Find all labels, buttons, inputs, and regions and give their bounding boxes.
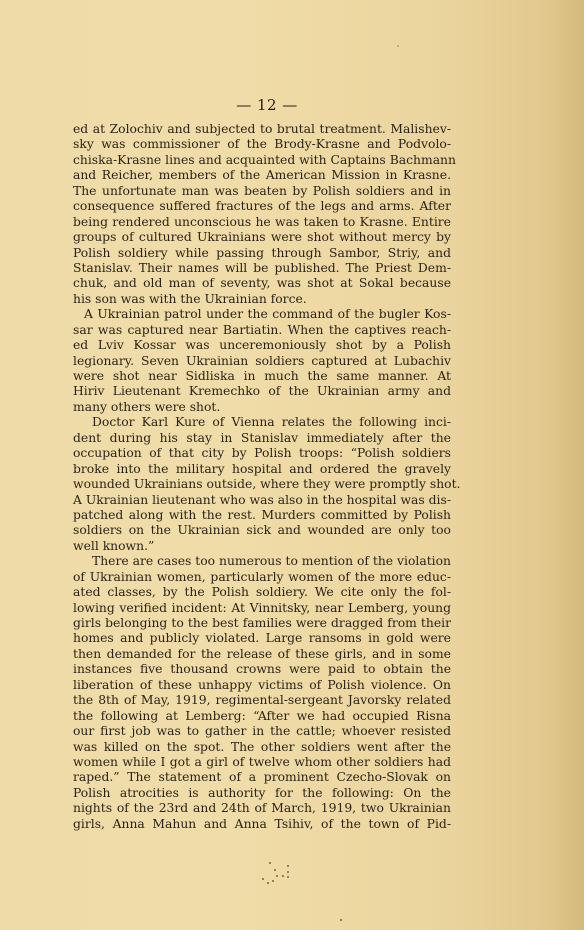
text-line: ed Lviv Kossar was unceremoniously shot …	[73, 338, 451, 353]
text-line: women while I got a girl of twelve whom …	[73, 755, 451, 770]
paragraph-2: A Ukrainian patrol under the command of …	[73, 307, 451, 415]
speck	[287, 876, 289, 878]
text-line: girls, Anna Mahun and Anna Tsihiv, of th…	[73, 817, 451, 832]
text-line: well known.”	[73, 539, 451, 554]
text-line: many others were shot.	[73, 400, 451, 415]
speck	[287, 871, 289, 873]
text-line: A Ukrainian lieutenant who was also in t…	[73, 493, 451, 508]
text-line: legionary. Seven Ukrainian soldiers capt…	[73, 354, 451, 369]
text-line: chuk, and old man of seventy, was shot a…	[73, 276, 451, 291]
text-line: then demanded for the release of these g…	[73, 647, 451, 662]
text-line: nights of the 23rd and 24th of March, 19…	[73, 801, 451, 816]
text-line: The unfortunate man was beaten by Polish…	[73, 184, 451, 199]
text-line: consequence suffered fractures of the le…	[73, 199, 451, 214]
text-line: occupation of that city by Polish troops…	[73, 446, 451, 461]
text-line: wounded Ukrainians outside, where they w…	[73, 477, 451, 492]
text-line: the following at Lemberg: “After we had …	[73, 709, 451, 724]
text-line: groups of cultured Ukrainians were shot …	[73, 230, 451, 245]
paragraph-4: There are cases too numerous to mention …	[73, 554, 451, 832]
speck	[274, 869, 276, 871]
speck	[340, 919, 342, 921]
speck	[282, 875, 284, 877]
text-line: ed at Zolochiv and subjected to brutal t…	[73, 122, 451, 137]
speck	[267, 882, 269, 884]
text-line: his son was with the Ukrainian force.	[73, 292, 451, 307]
text-line: the 8th of May, 1919, regimental-sergean…	[73, 693, 451, 708]
speck	[269, 862, 271, 864]
text-line: our first job was to gather in the cattl…	[73, 724, 451, 739]
text-line: instances five thousand crowns were paid…	[73, 662, 451, 677]
paragraph-1: ed at Zolochiv and subjected to brutal t…	[73, 122, 451, 307]
text-line: Hiriv Lieutenant Kremechko of the Ukrain…	[73, 384, 451, 399]
text-line: homes and publicly violated. Large ranso…	[73, 631, 451, 646]
page-edge-shading	[554, 0, 584, 930]
text-line: were shot near Sidliska in much the same…	[73, 369, 451, 384]
page-number: — 12 —	[0, 96, 534, 114]
document-page: — 12 — ed at Zolochiv and subjected to b…	[0, 0, 584, 930]
text-line: dent during his stay in Stanislav immedi…	[73, 431, 451, 446]
text-line: A Ukrainian patrol under the command of …	[73, 307, 451, 322]
body-text: ed at Zolochiv and subjected to brutal t…	[73, 122, 451, 832]
text-line: being rendered unconscious he was taken …	[73, 215, 451, 230]
speck	[276, 875, 278, 877]
text-line: Polish atrocities is authority for the f…	[73, 786, 451, 801]
speck	[272, 880, 274, 882]
text-line: of Ukrainian women, particularly women o…	[73, 570, 451, 585]
text-line: lowing verified incident: At Vinnitsky, …	[73, 601, 451, 616]
text-line: patched along with the rest. Murders com…	[73, 508, 451, 523]
text-line: sky was commissioner of the Brody-Krasne…	[73, 137, 451, 152]
text-line: There are cases too numerous to mention …	[73, 554, 451, 569]
text-line: Doctor Karl Kure of Vienna relates the f…	[73, 415, 451, 430]
scan-specks-decoration	[262, 862, 302, 892]
text-line: soldiers on the Ukrainian sick and wound…	[73, 523, 451, 538]
text-line: raped.” The statement of a prominent Cze…	[73, 770, 451, 785]
text-line: Polish soldiery while passing through Sa…	[73, 246, 451, 261]
text-line: Stanislav. Their names will be published…	[73, 261, 451, 276]
text-line: liberation of these unhappy victims of P…	[73, 678, 451, 693]
paragraph-3: Doctor Karl Kure of Vienna relates the f…	[73, 415, 451, 554]
text-line: and Reicher, members of the American Mis…	[73, 168, 451, 183]
speck	[262, 878, 264, 880]
text-line: chiska-Krasne lines and acquainted with …	[73, 153, 451, 168]
speck	[287, 865, 289, 867]
speck	[397, 45, 399, 47]
text-line: was killed on the spot. The other soldie…	[73, 740, 451, 755]
text-line: ated classes, by the Polish soldiery. We…	[73, 585, 451, 600]
text-line: broke into the military hospital and ord…	[73, 462, 451, 477]
text-line: girls belonging to the best families wer…	[73, 616, 451, 631]
text-line: sar was captured near Bartiatin. When th…	[73, 323, 451, 338]
